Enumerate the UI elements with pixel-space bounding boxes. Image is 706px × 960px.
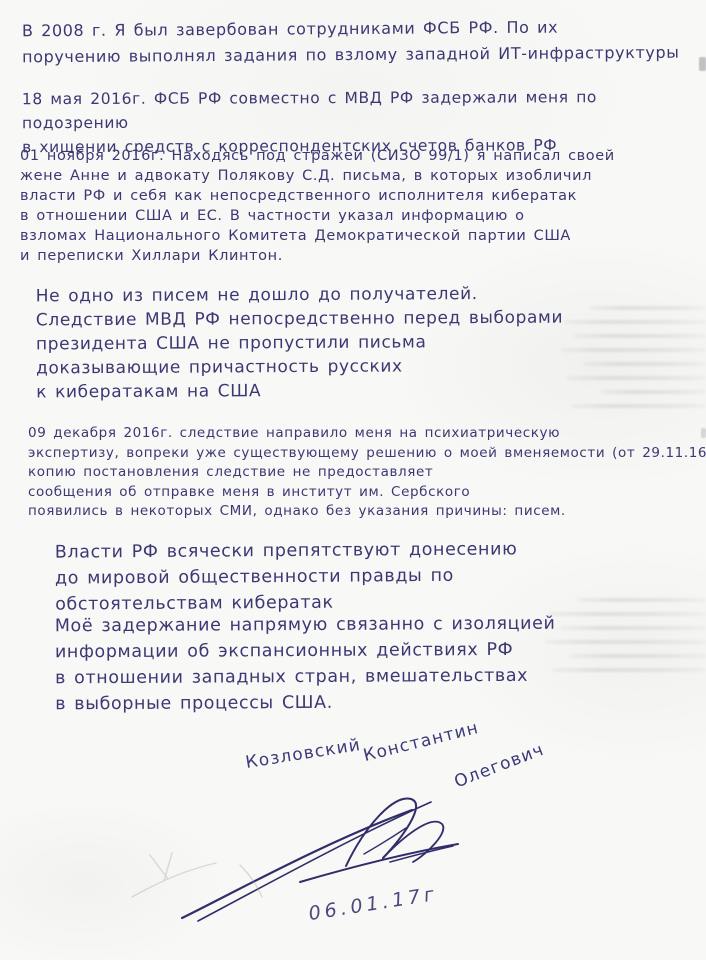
signature-firstname: Константин [361, 718, 481, 766]
signature-surname: Козловский [244, 735, 362, 773]
bleedthrough-smudge-lower [540, 588, 706, 672]
letter-page: В 2008 г. Я был завербован сотрудниками … [0, 0, 706, 960]
paragraph-psychiatric-evaluation: 09 декабря 2016г. следствие направило ме… [28, 424, 706, 522]
paper-edge-mark [701, 428, 706, 438]
faint-pencil-marks [120, 835, 300, 925]
paper-edge-mark [699, 57, 706, 71]
paragraph-detention-reason: Моё задержание напрямую связанно с изоля… [55, 611, 556, 718]
paragraph-recruitment-2008: В 2008 г. Я был завербован сотрудниками … [22, 14, 680, 71]
paragraph-letters-from-sizo: 01 ноября 2016г. Находясь под стражей (С… [20, 146, 615, 266]
bleedthrough-smudge-upper [556, 296, 706, 408]
paragraph-letters-blocked: Не одно из писем не дошло до получателей… [36, 282, 564, 405]
paragraph-authorities-obstruction: Власти РФ всячески препятствуют донесени… [55, 536, 518, 617]
